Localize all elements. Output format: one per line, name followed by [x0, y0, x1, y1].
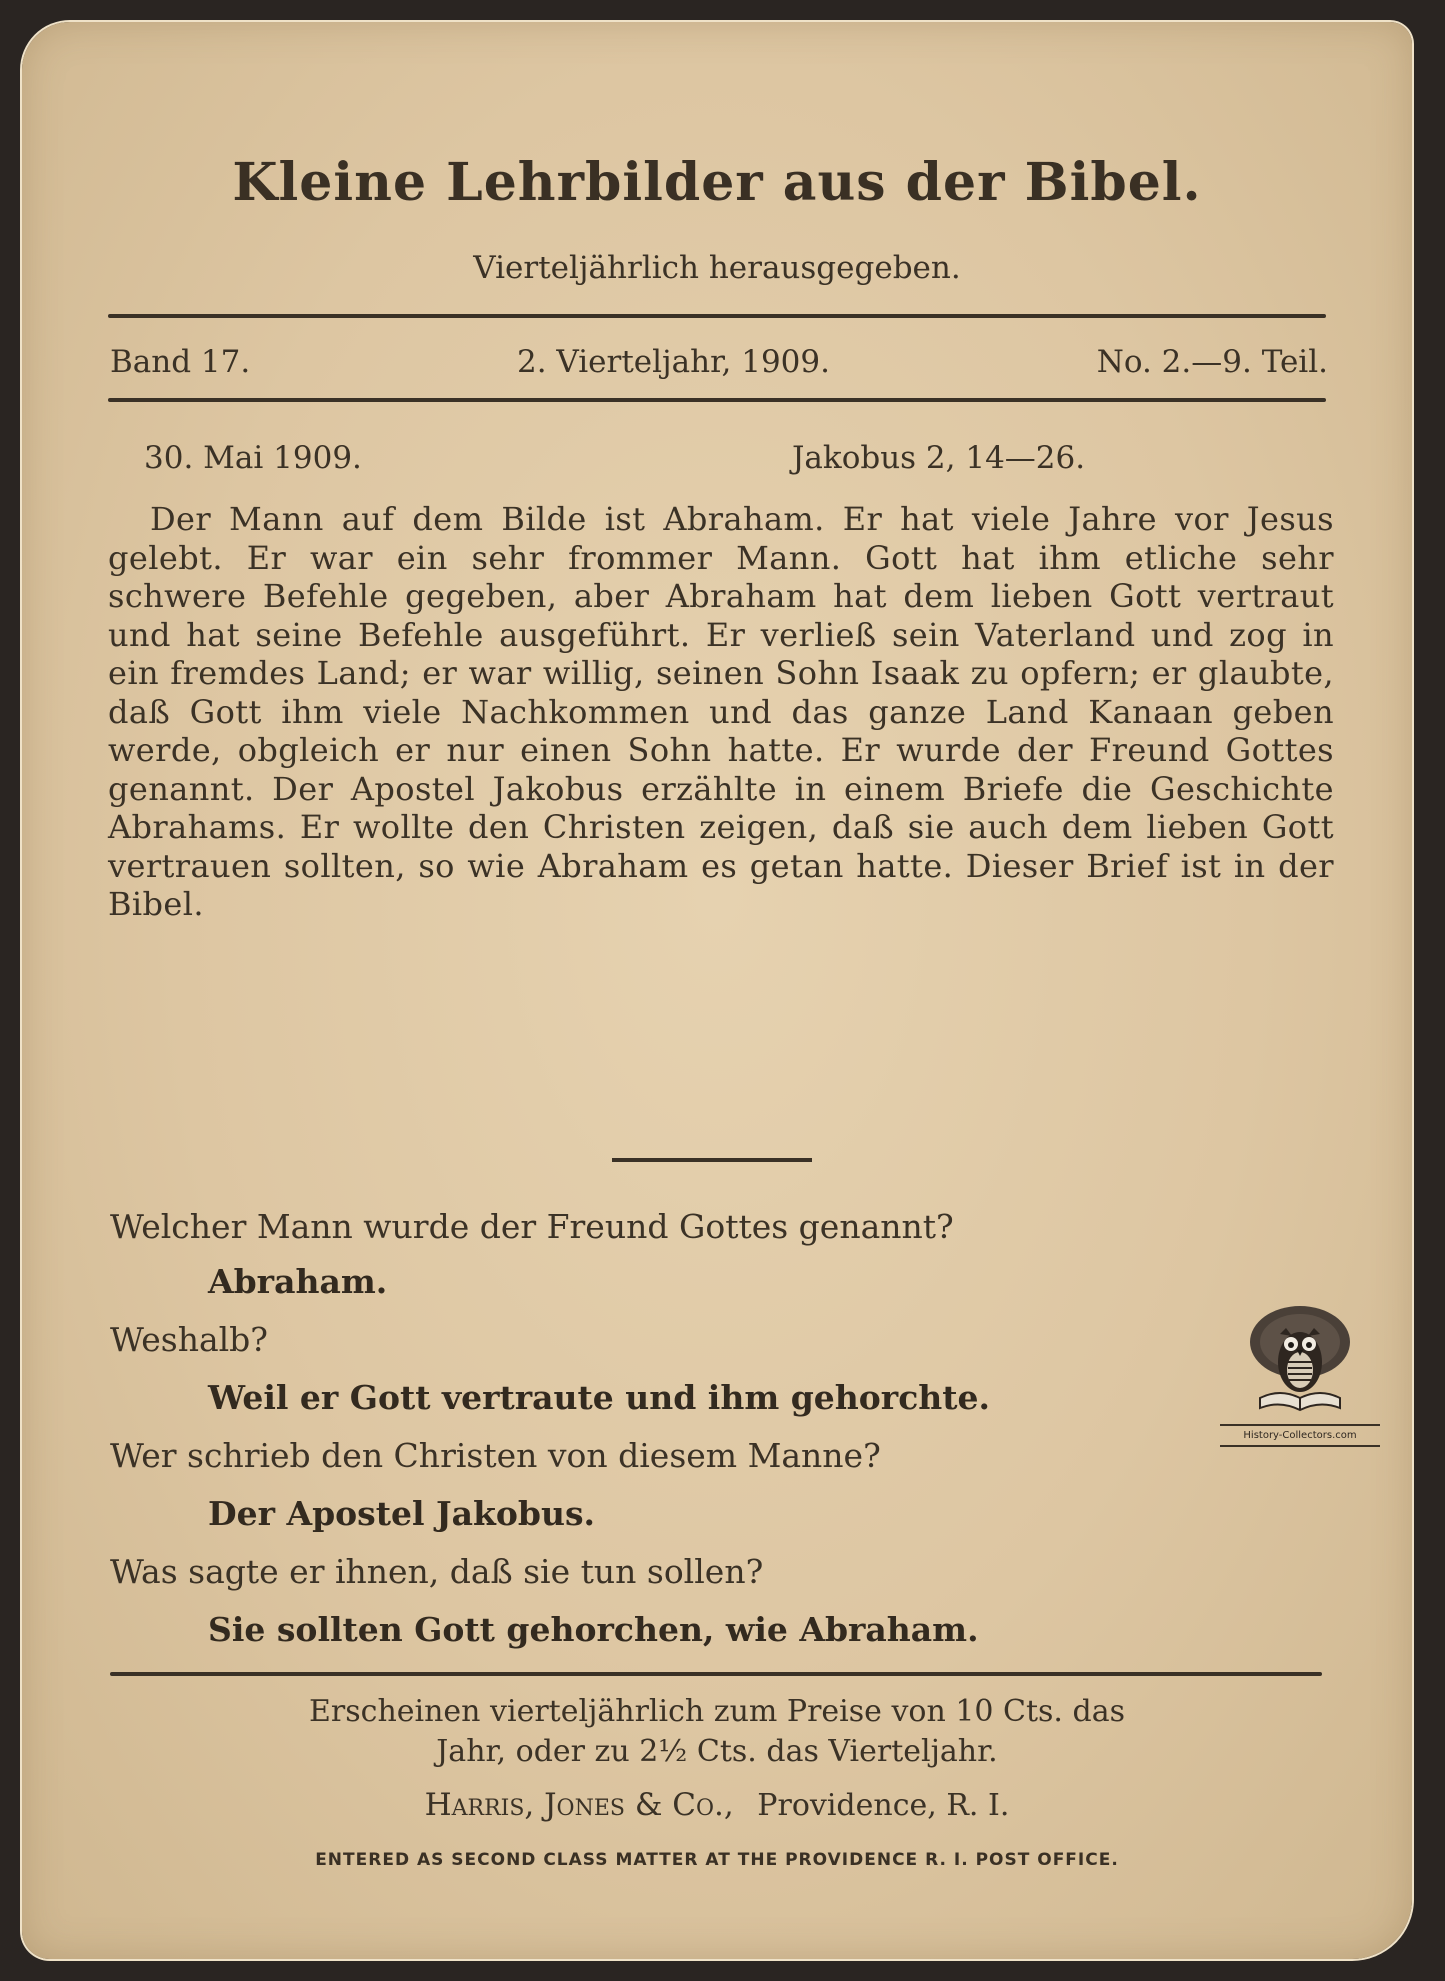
owl-on-book-icon: [1240, 1300, 1360, 1420]
scripture-reference: Jakobus 2, 14—26.: [792, 440, 1085, 476]
card-subtitle: Vierteljährlich herausgegeben.: [22, 250, 1412, 286]
watermark-text: History-Collectors.com: [1243, 1430, 1356, 1441]
watermark-rule-bottom: [1220, 1445, 1380, 1447]
postal-notice: ENTERED AS SECOND CLASS MATTER AT THE PR…: [22, 1850, 1412, 1870]
answer-4: Sie sollten Gott gehorchen, wie Abraham.: [208, 1610, 979, 1649]
card-title: Kleine Lehrbilder aus der Bibel.: [22, 152, 1412, 213]
lesson-card: Kleine Lehrbilder aus der Bibel. Viertel…: [22, 22, 1412, 1959]
answer-1: Abraham.: [208, 1262, 387, 1301]
watermark: History-Collectors.com: [1210, 1300, 1390, 1485]
question-4: Was sagte er ihnen, daß sie tun sollen?: [110, 1552, 763, 1591]
watermark-rule-top: [1220, 1424, 1380, 1426]
price-line-2: Jahr, oder zu 2½ Cts. das Vierteljahr.: [22, 1734, 1412, 1769]
publisher-name: Harris, Jones & Co.,: [425, 1787, 734, 1823]
lesson-date: 30. Mai 1909.: [144, 440, 362, 476]
meta-bottom-rule: [108, 398, 1326, 402]
price-line-1: Erscheinen vierteljährlich zum Preise vo…: [22, 1694, 1412, 1729]
answer-2: Weil er Gott vertraute und ihm gehorchte…: [208, 1378, 990, 1417]
top-rule: [108, 314, 1326, 318]
question-3: Wer schrieb den Christen von diesem Mann…: [110, 1436, 881, 1475]
quarter-label: 2. Vierteljahr, 1909.: [517, 344, 830, 380]
issue-number-label: No. 2.—9. Teil.: [1097, 344, 1328, 380]
publisher-line: Harris, Jones & Co., Providence, R. I.: [22, 1787, 1412, 1823]
answer-3: Der Apostel Jakobus.: [208, 1494, 595, 1533]
publisher-location: Providence, R. I.: [757, 1788, 1009, 1823]
volume-label: Band 17.: [110, 344, 250, 380]
question-1: Welcher Mann wurde der Freund Gottes gen…: [110, 1207, 954, 1246]
issue-meta-row: Band 17. 2. Vierteljahr, 1909. No. 2.—9.…: [110, 344, 1328, 380]
lesson-paragraph: Der Mann auf dem Bilde ist Abraham. Er h…: [108, 500, 1334, 924]
section-divider: [612, 1158, 812, 1162]
question-2: Weshalb?: [110, 1320, 268, 1359]
footer-rule: [110, 1672, 1322, 1676]
